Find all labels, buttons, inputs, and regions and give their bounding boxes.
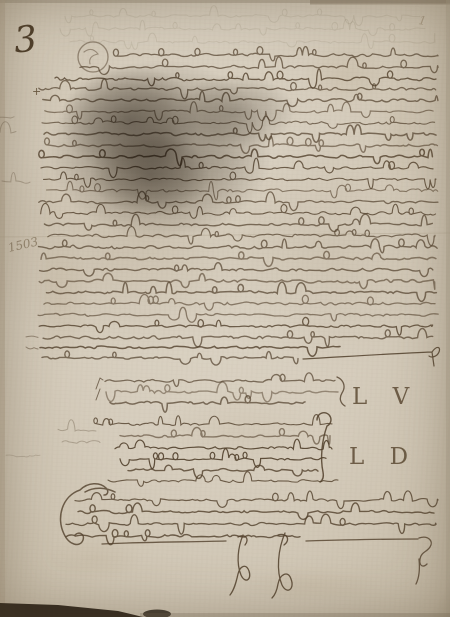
handwriting-line xyxy=(62,441,100,444)
manuscript-page: 3 1 + 1503 L V L D xyxy=(0,0,450,617)
handwriting-line xyxy=(26,336,38,337)
tally-mark-ld: L D xyxy=(349,444,417,470)
handwriting-line xyxy=(58,420,96,431)
recto-corner-mark: 1 xyxy=(418,13,428,28)
handwriting-line xyxy=(6,455,40,457)
handwriting-line xyxy=(113,47,438,61)
handwriting-line xyxy=(65,6,420,26)
handwriting-line xyxy=(66,514,436,534)
handwriting-line xyxy=(75,491,438,509)
rubric-rule-right xyxy=(306,539,418,541)
handwriting-line xyxy=(26,347,38,349)
initial-ring-inner xyxy=(84,49,98,64)
initial-ring-flourish xyxy=(78,42,108,72)
tally-mark-lv: L V xyxy=(352,384,418,410)
bottom-scan-shadow xyxy=(0,603,450,617)
handwriting-line xyxy=(60,19,425,36)
handwriting-line xyxy=(108,472,338,487)
rubric-end-curl xyxy=(416,537,431,584)
manuscript-page-scan: 3 1 + 1503 L V L D xyxy=(0,0,450,617)
handwriting-line xyxy=(70,33,435,49)
paragraph-pilcrows xyxy=(96,378,103,400)
margin-cross-mark: + xyxy=(32,85,41,98)
folio-number: 3 xyxy=(12,19,38,62)
